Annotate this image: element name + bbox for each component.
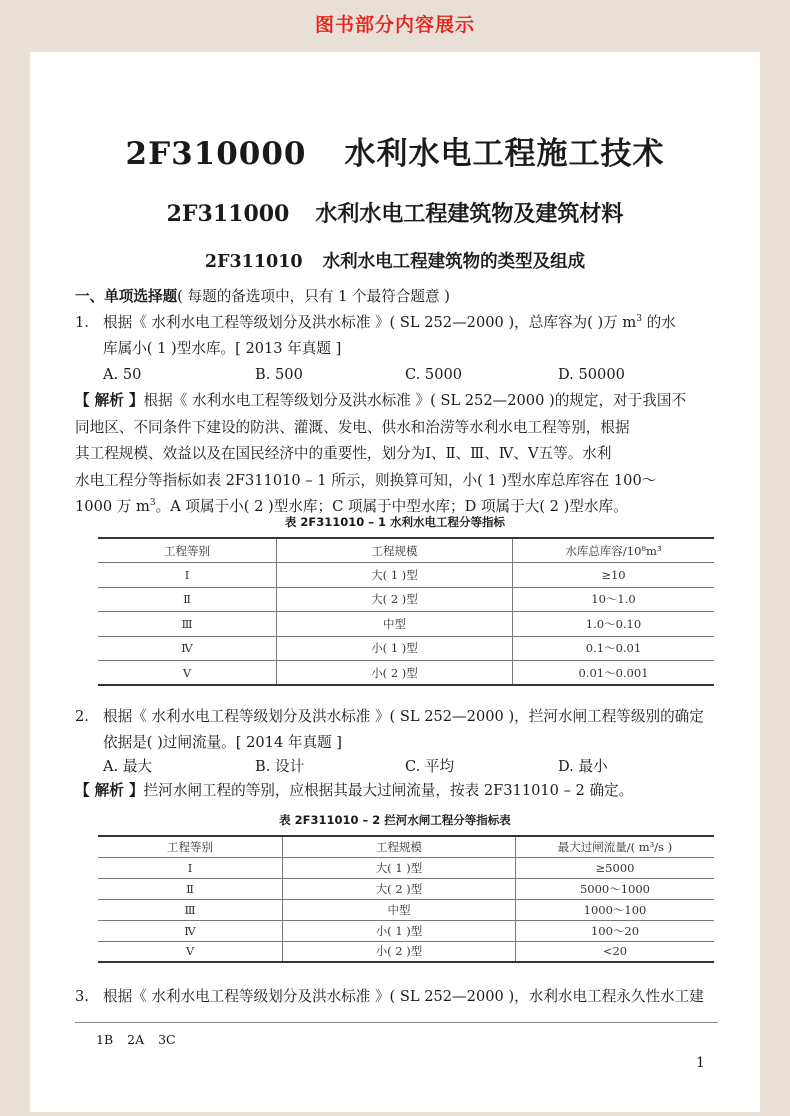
subsection-title: 水利水电工程建筑物的类型及组成: [323, 252, 586, 272]
analysis-label: 【 解析 】: [75, 782, 144, 799]
table-1: 工程等别 工程规模 水库总库容/10⁸m³ Ⅰ大( 1 )型≥10 Ⅱ大( 2 …: [98, 537, 714, 686]
question-number: 3.: [75, 984, 103, 1010]
option-c: C. 平均: [405, 754, 454, 780]
question-type-label: 一、单项选择题: [75, 288, 177, 305]
question-1: 1.根据《 水利水电工程等级划分及洪水标准 》( SL 252—2000 )，总…: [75, 310, 676, 362]
table-row: Ⅲ中型1.0～0.10: [98, 612, 714, 637]
question-type-heading: 一、单项选择题( 每题的备选项中，只有 1 个最符合题意 ): [75, 284, 450, 310]
question-3: 3.根据《 水利水电工程等级划分及洪水标准 》( SL 252—2000 )，水…: [75, 984, 704, 1010]
section-code: 2F311000: [167, 201, 290, 227]
subsection-code: 2F311010: [205, 252, 303, 272]
option-b: B. 设计: [255, 754, 304, 780]
question-text: 根据《 水利水电工程等级划分及洪水标准 》( SL 252—2000 )，拦河水…: [103, 708, 704, 725]
table-row: Ⅳ小( 1 )型100～20: [98, 920, 714, 941]
table-row: Ⅳ小( 1 )型0.1～0.01: [98, 636, 714, 661]
question-2: 2.根据《 水利水电工程等级划分及洪水标准 》( SL 252—2000 )，拦…: [75, 704, 704, 756]
footnote-divider: [75, 1022, 718, 1023]
table-header-row: 工程等别 工程规模 水库总库容/10⁸m³: [98, 538, 714, 563]
table-row: Ⅱ大( 2 )型10～1.0: [98, 587, 714, 612]
table-row: Ⅰ大( 1 )型≥5000: [98, 857, 714, 878]
table-2: 工程等别 工程规模 最大过闸流量/( m³/s ) Ⅰ大( 1 )型≥5000 …: [98, 835, 714, 963]
table-header-row: 工程等别 工程规模 最大过闸流量/( m³/s ): [98, 836, 714, 857]
page-number: 1: [696, 1055, 705, 1071]
question-number: 1.: [75, 310, 103, 336]
question-2-analysis: 【 解析 】拦河水闸工程的等别，应根据其最大过闸流量，按表 2F311010 –…: [75, 778, 633, 804]
question-number: 2.: [75, 704, 103, 730]
analysis-label: 【 解析 】: [75, 392, 144, 409]
section-heading: 2F311000水利水电工程建筑物及建筑材料: [30, 197, 760, 228]
table-row: Ⅲ中型1000～100: [98, 899, 714, 920]
table-1-caption: 表 2F311010 – 1 水利水电工程分等指标: [30, 514, 760, 530]
question-text-line2: 依据是( )过闸流量。[ 2014 年真题 ]: [75, 730, 704, 756]
question-text-line2: 库属小( 1 )型水库。[ 2013 年真题 ]: [75, 336, 676, 362]
table-row: Ⅴ小( 2 )型<20: [98, 941, 714, 962]
table-row: Ⅰ大( 1 )型≥10: [98, 563, 714, 588]
section-title: 水利水电工程建筑物及建筑材料: [315, 201, 623, 227]
subsection-heading: 2F311010水利水电工程建筑物的类型及组成: [30, 248, 760, 273]
question-text: 根据《 水利水电工程等级划分及洪水标准 》( SL 252—2000 )，总库容…: [103, 314, 636, 331]
option-a: A. 最大: [103, 754, 152, 780]
option-d: D. 最小: [558, 754, 608, 780]
question-text: 根据《 水利水电工程等级划分及洪水标准 》( SL 252—2000 )，水利水…: [103, 988, 704, 1005]
table-2-caption: 表 2F311010 – 2 拦河水闸工程分等指标表: [30, 812, 760, 828]
table-row: Ⅱ大( 2 )型5000～1000: [98, 878, 714, 899]
question-1-analysis: 【 解析 】根据《 水利水电工程等级划分及洪水标准 》( SL 252—2000…: [75, 378, 686, 521]
answer-key: 1B 2A 3C: [96, 1032, 176, 1047]
chapter-code: 2F310000: [126, 136, 307, 172]
chapter-title: 水利水电工程施工技术: [345, 136, 665, 172]
question-type-note: ( 每题的备选项中，只有 1 个最符合题意 ): [177, 288, 450, 305]
chapter-heading: 2F310000水利水电工程施工技术: [30, 128, 760, 173]
table-row: Ⅴ小( 2 )型0.01～0.001: [98, 661, 714, 686]
banner-title: 图书部分内容展示: [0, 0, 790, 52]
book-page: 2F310000水利水电工程施工技术 2F311000水利水电工程建筑物及建筑材…: [30, 52, 760, 1112]
